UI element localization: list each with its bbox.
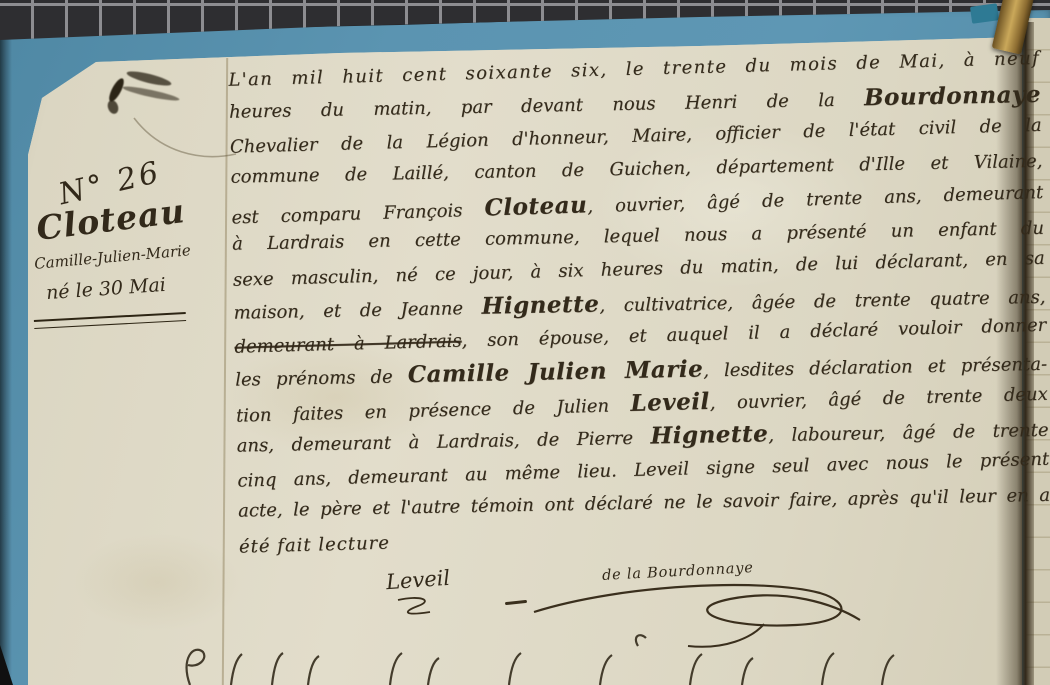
margin-birth-note: né le 30 Mai — [45, 274, 166, 304]
archive-scan: N° 26 Cloteau Camille-Julien-Marie né le… — [0, 0, 1050, 685]
margin-underline — [34, 312, 186, 329]
body-line-segment: maison, et de Jeanne — [233, 298, 481, 324]
body-line-segment: ans, demeurant à Lardrais, de Pierre — [237, 428, 651, 457]
margin-surname: Cloteau — [34, 191, 187, 248]
body-line-segment: , ouvrier, âgé de trente deux — [709, 384, 1048, 414]
person-name: Hignette — [481, 290, 599, 319]
body-line-segment: , ouvrier, âgé de trente ans, demeurant — [587, 182, 1044, 217]
signature-witness: Leveil — [385, 566, 451, 594]
signature-witness-flourish — [390, 594, 450, 620]
body-line-segment: été fait lecture — [239, 533, 390, 558]
body-line-segment: , laboureur, âgé de trente — [768, 420, 1049, 446]
left-edge-shadow — [0, 30, 12, 685]
margin-given-names: Camille-Julien-Marie — [34, 241, 192, 273]
person-name: Leveil — [630, 388, 710, 417]
person-name: Hignette — [650, 421, 768, 450]
next-entry-partial-ascenders — [176, 632, 936, 685]
body-line-segment: les prénoms de — [235, 366, 408, 390]
body-line-segment: demeurant à Lardrais — [234, 331, 462, 358]
margin-note: N° 26 Cloteau Camille-Julien-Marie né le… — [34, 166, 229, 336]
person-name: Bourdonnaye — [864, 81, 1041, 111]
person-name: Camille Julien Marie — [408, 355, 704, 388]
person-name: Cloteau — [484, 191, 588, 221]
body-text: L'an mil huit cent soixante six, le tren… — [228, 44, 1050, 567]
